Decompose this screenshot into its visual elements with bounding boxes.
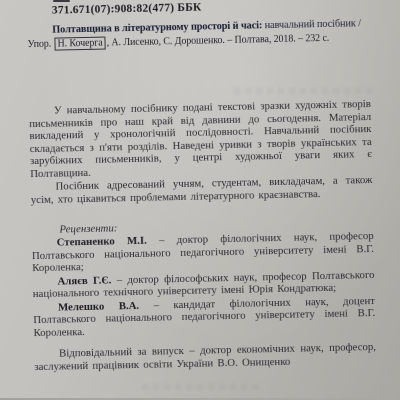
reviewer-name: Аляєв Г.Є. [57,274,111,287]
reviewer-entry-1: Степаненко М.І. – доктор філологічних на… [32,230,375,275]
photographed-book-page: 371.671(07):908:82(477) ББК Полтавщина в… [0,0,400,400]
byline-rest: , А. Лисенко, С. Дорошенко. – Полтава, 2… [107,33,330,49]
annotation-paragraph-1: У навчальному посібнику подані текстові … [29,98,372,180]
reviewer-name: Мелешко В.А. [58,299,139,313]
book-subtitle: навчальний посібник / [262,18,361,31]
reviewer-entry-3: Мелешко В.А. – кандидат філологічних нау… [33,294,376,339]
show-through-smudge [142,384,262,390]
show-through-smudge [234,88,374,94]
responsible-for-issue-line: Відповідальний за випуск – доктор економ… [34,341,376,373]
byline-prefix: Упор. [27,39,53,51]
classification-code-line: 371.671(07):908:82(477) ББК [52,0,397,17]
annotated-name-box: Н. Кочерга [54,37,105,51]
page-content: 371.671(07):908:82(477) ББК Полтавщина в… [0,0,400,400]
